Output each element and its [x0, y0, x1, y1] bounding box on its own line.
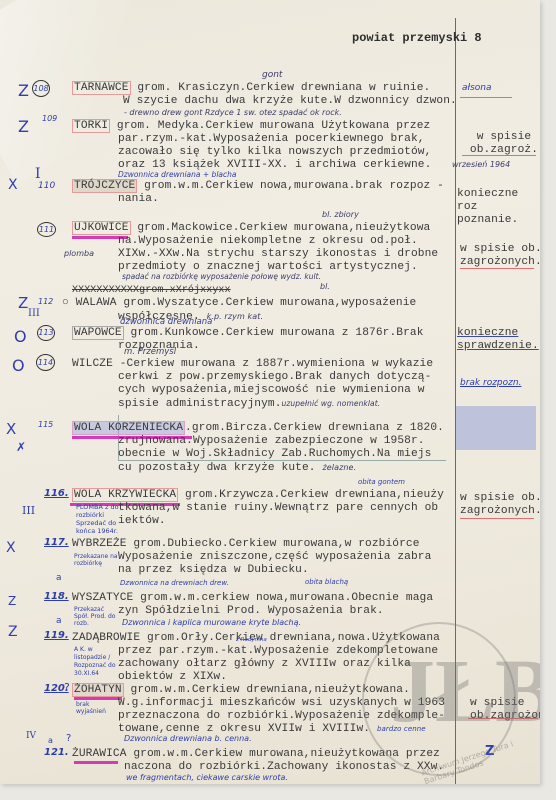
entry-line: obiektów z XIXw. [118, 671, 227, 684]
left-note: A K. w listopadzie / Rozpoznać do 30.XI.… [74, 646, 118, 678]
left-note: plomba [64, 249, 94, 258]
place-name: TRÓJCZYCE [72, 179, 137, 193]
entry-line: iektów. [118, 515, 166, 528]
handwritten-note: we fragmentach, ciekawe carskie wrota. [126, 773, 288, 782]
category-mark: O [14, 327, 27, 346]
stamp-letters: JŁB [390, 640, 540, 743]
entry-number-circle: 114 [36, 354, 55, 371]
entry-line: zyn Spółdzielni Prod. Wyposażenia brak. [118, 605, 384, 618]
roman-numeral: IV [26, 731, 36, 741]
entry-line: ŻOHATYN grom.w.m.Cerkiew drewniana,nieuż… [72, 684, 410, 697]
entry-line: spisie administracyjnym.uzupełnić wg. no… [118, 397, 380, 411]
page-header: powiat przemyski 8 [352, 31, 482, 45]
entry-number: 117. [44, 537, 69, 548]
red-underline [462, 155, 536, 156]
place-name: TARNAWCE [72, 81, 131, 95]
entry-line: WYSZATYCE grom.w.m.cerkiew nowa,murowana… [72, 592, 433, 605]
handwritten-note: Dzwonnica drewniana + blacha [118, 170, 236, 179]
place-name: WOLA KRZYWIECKA [72, 488, 178, 502]
place-name: ZADĄBROWIE [72, 632, 140, 644]
handwritten-note: wrzesień 1964 [452, 160, 510, 169]
handwritten-note: gont [262, 70, 282, 80]
place-name: UJKOWICE [72, 221, 131, 235]
handwritten-note: Dzwonnica i kaplica murowane kryte blach… [122, 618, 301, 627]
highlight-underline [74, 761, 118, 764]
place-name: WYSZATYCE [72, 592, 133, 604]
entry-line: WOLA KORZENIECKA.grom.Bircza.Cerkiew dre… [72, 422, 444, 435]
margin-note: konieczne roz poznanie. [457, 188, 540, 227]
handwritten-note: Dzwonnica na drewniach drew. [120, 579, 229, 587]
entry-line: na przez księdza w Dubiecku. [118, 564, 309, 577]
margin-note: w spisie ob.zagroż. [464, 131, 540, 157]
entry-line: cych wyposażenia,miejscowość nie wymieni… [118, 384, 425, 397]
red-underline [460, 268, 534, 269]
entry-line: WILCZE -Cerkiew murowana z 1887r.wymieni… [72, 358, 433, 371]
entry-line: nania. [118, 193, 159, 206]
sub-mark: a [56, 573, 62, 583]
place-name: WALAWA [76, 297, 117, 309]
highlight-underline [74, 697, 122, 700]
place-name: ŻOHATYN [72, 683, 124, 697]
margin-note: ałsona [462, 83, 492, 93]
entry-line: UJKOWICE grom.Mackowice.Cerkiew murowana… [72, 222, 430, 235]
roman-numeral: III [28, 308, 40, 319]
question-mark: ? [64, 681, 70, 694]
category-mark: Z [18, 294, 28, 312]
left-note: brak wyjaśnień [76, 701, 118, 715]
entry-line: TORKI grom. Medyka.Cerkiew murowana Użyt… [72, 120, 430, 133]
place-name: ŻURAWICA [72, 748, 127, 760]
category-mark: Z [8, 624, 18, 640]
left-note: Przekazać Spół. Prod. do rozb. [74, 606, 118, 627]
entry-number: 109 [42, 114, 57, 123]
entry-line: cerkwi z pow.przemyskiego.Brak danych do… [118, 371, 431, 384]
category-mark: X [6, 540, 16, 556]
entry-line: ○ WALAWA grom.Wyszatyce.Cerkiew murowana… [62, 297, 416, 310]
left-note: PLOMBA z do rozbiórki Sprzedać do końca … [76, 503, 120, 535]
sub-mark: a [48, 736, 53, 745]
handwritten-note: obita blachą [305, 578, 348, 586]
place-name: WILCZE [72, 358, 113, 370]
entry-line: na.Wyposażenie niekompletne z okresu od.… [118, 235, 418, 248]
red-cross-mark: ✗ [16, 440, 26, 454]
roman-numeral: I [35, 166, 41, 182]
document-page: powiat przemyski 8 Z 108 TARNAWCE grom. … [0, 0, 540, 784]
entry-number: 115 [38, 420, 53, 429]
place-name: TORKI [72, 119, 110, 133]
handwritten-note: bl. [320, 282, 330, 291]
category-mark: O [12, 356, 25, 375]
handwritten-note: dzwonnica drewniana [120, 317, 212, 327]
entry-line: Wyposażenie zniszczone,część wyposażenia… [118, 551, 431, 564]
sub-mark: a [56, 616, 62, 626]
handwritten-note: bl. zbiory [322, 210, 359, 219]
entry-line: WAPOWCE grom.Kunkowce.Cerkiew murowana z… [72, 327, 424, 340]
handwritten-note: Dzwonnica drewniana b. cenna. [124, 734, 252, 743]
category-mark: Z [18, 81, 29, 100]
place-name: WYBRZEŻE [72, 538, 127, 550]
entry-line: WYBRZEŻE grom.Dubiecko.Cerkiew murowana,… [72, 538, 420, 551]
entry-line: W szycie dachu dwa krzyże kute.W dzwonni… [123, 95, 457, 108]
entry-line: zacowało się tylko kilka nowszych przedm… [118, 146, 431, 159]
red-underline [460, 97, 512, 98]
entry-number-circle: 113 [37, 325, 55, 341]
entry-line: WOLA KRZYWIECKA grom.Krzywcza.Cerkiew dr… [72, 489, 444, 502]
entry-number-circle: 108 [32, 80, 50, 97]
margin-note: brak rozpozn. [460, 378, 521, 388]
entry-line: TARNAWCE grom. Krasiczyn.Cerkiew drewnia… [72, 82, 430, 95]
margin-note: w spisie ob. zagrożonych. [460, 492, 540, 518]
entry-line: TRÓJCZYCE grom.w.m.Cerkiew nowa,murowana… [72, 180, 444, 193]
entry-line: XIXw.-XXw.Na strychu starszy ikonostas i… [118, 248, 438, 261]
margin-note: konieczne sprawdzenie. [457, 327, 540, 353]
red-underline [460, 518, 534, 519]
roman-numeral: III [22, 504, 35, 517]
entry-line: zrujnowana.Wyposażenie zabezpieczone w 1… [118, 435, 425, 448]
category-mark: Z [8, 594, 16, 608]
handwritten-note: m. Przemyśl [124, 347, 176, 357]
entry-number: 112 [38, 297, 53, 306]
entry-number: 121. [44, 747, 69, 758]
entry-line: par.rzym.-kat.Wyposażenia pocerkiewnego … [118, 133, 425, 146]
entry-number: 118. [44, 591, 69, 602]
entry-line: tkowana,w stanie ruiny.Wewnątrz pare cen… [118, 502, 438, 515]
question-mark: ? [66, 733, 71, 744]
category-mark: X [8, 177, 18, 193]
category-mark: Z [18, 117, 29, 136]
place-name: WOLA KORZENIECKA [72, 421, 185, 435]
entry-line: obecnie w Woj.Składnicy Zab.Ruchomych.Na… [118, 448, 431, 461]
handwritten-note: obita gontem [358, 478, 405, 486]
struck-text: XXXXXXXXXXXgrom.xXrójxxyxx [72, 284, 231, 297]
entry-number: 110 [38, 181, 55, 191]
margin-note: w spisie ob. zagrożonych. [460, 243, 540, 269]
category-mark: X [6, 420, 16, 438]
place-name: WAPOWCE [72, 326, 124, 340]
entry-line: cu pozostały dwa krzyże kute. żelazne. [118, 461, 356, 475]
entry-number: 119. [44, 630, 69, 641]
handwritten-note: spadać na rozbiórkę wyposażenie połowę w… [122, 272, 321, 281]
entry-number: 116. [44, 488, 69, 499]
handwritten-note: z Radymna [236, 637, 267, 643]
handwritten-note: - drewno drew gont Rzdyce 1 sw. otez spa… [124, 108, 342, 117]
blue-shading [456, 406, 536, 450]
left-note: Przekazane na rozbiórkę [74, 553, 118, 567]
entry-number-circle: 111 [37, 222, 56, 237]
